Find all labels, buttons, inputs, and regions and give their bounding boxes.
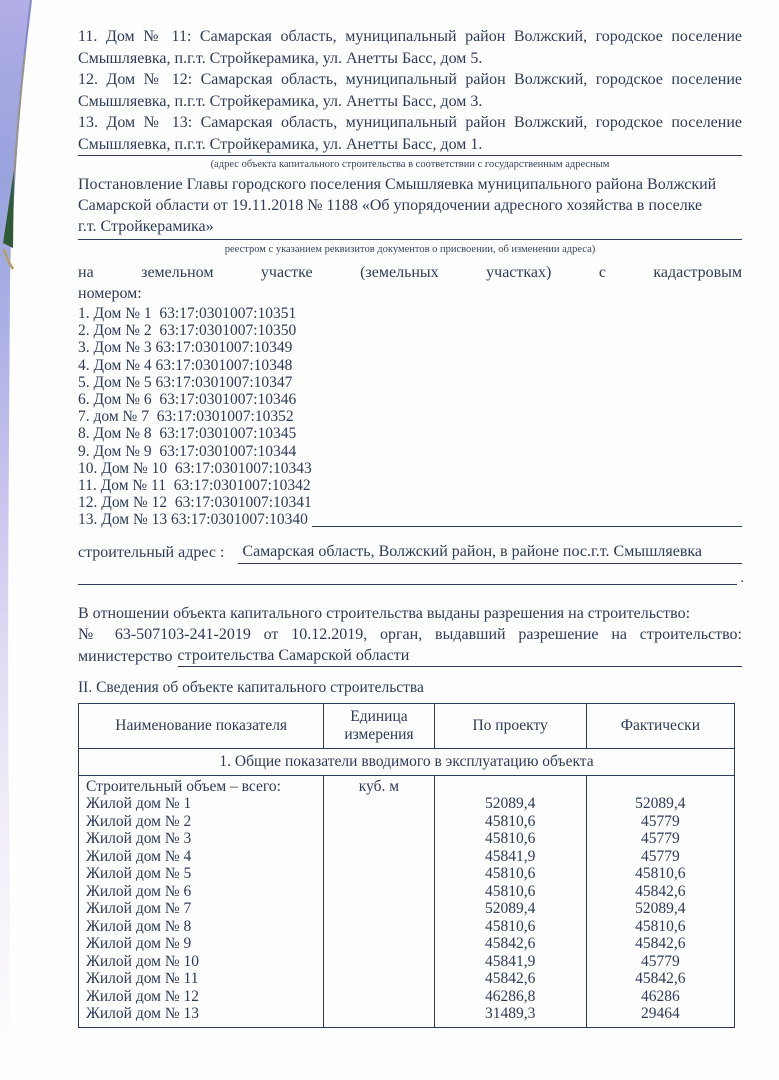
permits-paragraph: В отношении объекта капитального строите… [78, 603, 742, 667]
house-label-7: Жилой дом № 7 [79, 900, 323, 918]
form-rule-line [312, 526, 742, 527]
construction-address-value: Самарская область, Волжский район, в рай… [238, 541, 742, 564]
project-value-1: 52089,4 [435, 795, 586, 813]
col-header-actual: Фактически [586, 703, 734, 748]
permits-line3-underlined: строительства Самарской области [178, 645, 410, 667]
land-plot-line2: номером: [78, 283, 742, 304]
cadastral-item-6: 6. Дом № 6 63:17:0301007:10346 [78, 391, 742, 408]
house-label-9: Жилой дом № 9 [79, 935, 323, 953]
address-item-11: 11. Дом № 11: Самарская область, муницип… [78, 26, 742, 69]
project-value-5: 45810,6 [435, 865, 586, 883]
resolution-paragraph: Постановление Главы городского поселения… [78, 174, 742, 240]
cadastral-item-9: 9. Дом № 9 63:17:0301007:10344 [78, 443, 742, 460]
actual-value-12: 46286 [587, 988, 734, 1006]
cadastral-item-5: 5. Дом № 5 63:17:0301007:10347 [78, 374, 742, 391]
col-header-indicator: Наименование показателя [79, 703, 324, 748]
actual-value-4: 45779 [587, 848, 734, 866]
cadastral-item-8: 8. Дом № 8 63:17:0301007:10345 [78, 425, 742, 442]
project-value-11: 45842,6 [435, 970, 586, 988]
cadastral-item-13: 13. Дом № 13 63:17:0301007:10340 [78, 511, 742, 528]
project-value-13: 31489,3 [435, 1005, 586, 1023]
cadastral-item-13-text: 13. Дом № 13 63:17:0301007:10340 [78, 511, 308, 528]
actual-value-9: 45842,6 [587, 935, 734, 953]
house-label-11: Жилой дом № 11 [79, 970, 323, 988]
document-content: 11. Дом № 11: Самарская область, муницип… [78, 26, 742, 1028]
house-label-2: Жилой дом № 2 [79, 813, 323, 831]
col-header-project: По проекту [434, 703, 586, 748]
project-value-4: 45841,9 [435, 848, 586, 866]
resolution-line2: Самарской области от 19.11.2018 № 1188 «… [78, 195, 742, 216]
volume-label: Строительный объем – всего: [79, 778, 323, 796]
project-value-9: 45842,6 [435, 935, 586, 953]
permits-line3-ministry: министерство [78, 646, 173, 667]
cadastral-item-11: 11. Дом № 11 63:17:0301007:10342 [78, 477, 742, 494]
cadastral-item-10: 10. Дом № 10 63:17:0301007:10343 [78, 460, 742, 477]
cadastral-item-7: 7. дом № 7 63:17:0301007:10352 [78, 408, 742, 425]
construction-address-label: строительный адрес : [78, 542, 224, 564]
col-header-unit: Единица измерения [324, 703, 434, 748]
unit-cell: куб. м [324, 775, 434, 1027]
form-caption-address: (адрес объекта капитального строительств… [78, 158, 742, 171]
actual-value-13: 29464 [587, 1005, 734, 1023]
construction-info-table: Наименование показателя Единица измерени… [78, 703, 735, 1028]
construction-address-row: строительный адрес : Самарская область, … [78, 541, 742, 564]
address-item-13: 13. Дом № 13: Самарская область, муницип… [78, 112, 742, 156]
cadastral-list: 1. Дом № 1 63:17:0301007:10351 2. Дом № … [78, 305, 742, 529]
house-label-10: Жилой дом № 10 [79, 953, 323, 971]
house-label-13: Жилой дом № 13 [79, 1005, 323, 1023]
actual-value-8: 45810,6 [587, 918, 734, 936]
actual-values-cell: 52089,4 45779 45779 45779 45810,6 45842,… [586, 775, 734, 1027]
house-label-8: Жилой дом № 8 [79, 918, 323, 936]
address-item-11-line2: Смышляевка, п.г.т. Стройкерамика, ул. Ан… [78, 48, 742, 70]
table-data-row: Строительный объем – всего: Жилой дом № … [79, 775, 735, 1027]
project-value-10: 45841,9 [435, 953, 586, 971]
trailing-period: . [740, 570, 744, 587]
actual-value-5: 45810,6 [587, 865, 734, 883]
scanned-document-page: 11. Дом № 11: Самарская область, муницип… [0, 0, 779, 1080]
form-caption-registry: реестром с указанием реквизитов документ… [78, 243, 742, 256]
permits-line1: В отношении объекта капитального строите… [78, 603, 742, 624]
house-label-6: Жилой дом № 6 [79, 883, 323, 901]
table-section-row: 1. Общие показатели вводимого в эксплуат… [79, 748, 735, 775]
scan-edge-artifact [0, 0, 42, 1080]
actual-value-2: 45779 [587, 813, 734, 831]
section-2-title: II. Сведения об объекте капитального стр… [78, 678, 742, 698]
blank-form-line: . [78, 567, 737, 585]
empty-line [587, 778, 734, 796]
unit-value: куб. м [324, 778, 433, 796]
project-value-6: 45810,6 [435, 883, 586, 901]
actual-value-10: 45779 [587, 953, 734, 971]
resolution-line1: Постановление Главы городского поселения… [78, 174, 742, 195]
cadastral-item-12: 12. Дом № 12 63:17:0301007:10341 [78, 494, 742, 511]
cadastral-item-4: 4. Дом № 4 63:17:0301007:10348 [78, 357, 742, 374]
cadastral-item-3: 3. Дом № 3 63:17:0301007:10349 [78, 339, 742, 356]
house-label-1: Жилой дом № 1 [79, 795, 323, 813]
cadastral-item-2: 2. Дом № 2 63:17:0301007:10350 [78, 322, 742, 339]
address-item-11-line1: 11. Дом № 11: Самарская область, муницип… [78, 26, 742, 48]
cadastral-item-1: 1. Дом № 1 63:17:0301007:10351 [78, 305, 742, 322]
address-item-12: 12. Дом № 12: Самарская область, муницип… [78, 69, 742, 112]
address-item-13-line2: Смышляевка, п.г.т. Стройкерамика, ул. Ан… [78, 134, 742, 156]
project-value-8: 45810,6 [435, 918, 586, 936]
actual-value-7: 52089,4 [587, 900, 734, 918]
land-plot-line1: на земельном участке (земельных участках… [78, 262, 742, 283]
address-item-13-line1: 13. Дом № 13: Самарская область, муницип… [78, 112, 742, 134]
project-value-7: 52089,4 [435, 900, 586, 918]
permits-line3: министерство строительства Самарской обл… [78, 645, 742, 667]
form-rule-line [409, 666, 742, 667]
table-header-row: Наименование показателя Единица измерени… [79, 703, 735, 748]
resolution-line3: г.т. Стройкерамика» [78, 216, 742, 237]
house-label-4: Жилой дом № 4 [79, 848, 323, 866]
actual-value-11: 45842,6 [587, 970, 734, 988]
indicator-cell: Строительный объем – всего: Жилой дом № … [79, 775, 324, 1027]
address-item-12-line1: 12. Дом № 12: Самарская область, муницип… [78, 69, 742, 91]
house-label-12: Жилой дом № 12 [79, 988, 323, 1006]
house-label-3: Жилой дом № 3 [79, 830, 323, 848]
project-value-3: 45810,6 [435, 830, 586, 848]
project-values-cell: 52089,4 45810,6 45810,6 45841,9 45810,6 … [434, 775, 586, 1027]
empty-line [435, 778, 586, 796]
actual-value-1: 52089,4 [587, 795, 734, 813]
address-list: 11. Дом № 11: Самарская область, муницип… [78, 26, 742, 156]
land-plot-paragraph: на земельном участке (земельных участках… [78, 262, 742, 304]
address-item-12-line2: Смышляевка, п.г.т. Стройкерамика, ул. Ан… [78, 91, 742, 113]
project-value-2: 45810,6 [435, 813, 586, 831]
project-value-12: 46286,8 [435, 988, 586, 1006]
actual-value-3: 45779 [587, 830, 734, 848]
actual-value-6: 45842,6 [587, 883, 734, 901]
house-label-5: Жилой дом № 5 [79, 865, 323, 883]
table-section-label: 1. Общие показатели вводимого в эксплуат… [79, 748, 735, 775]
permits-line2: № 63-507103-241-2019 от 10.12.2019, орга… [78, 624, 742, 645]
